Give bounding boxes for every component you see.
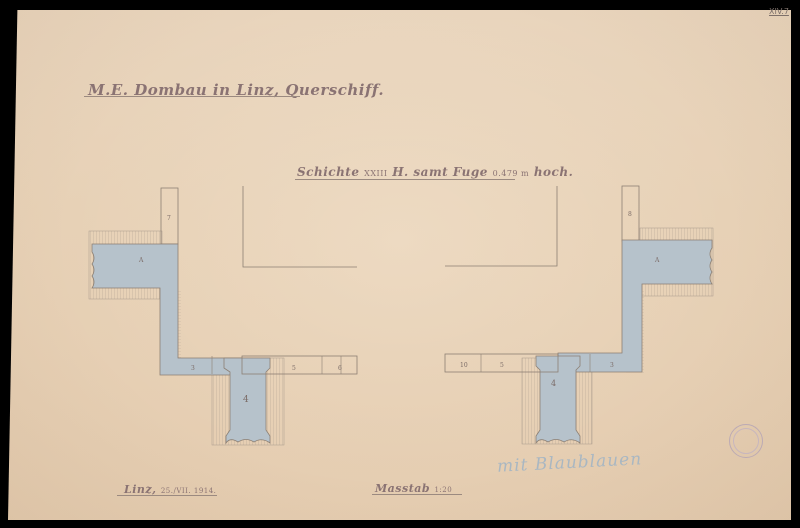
stone-label-7: 7	[167, 215, 171, 222]
svg-text:4: 4	[243, 395, 249, 405]
drawing-subtitle: Schichte XXIII H. samt Fuge 0.479 m hoch…	[297, 165, 573, 179]
scale-underline	[372, 494, 462, 495]
subtitle-course: XXIII	[364, 169, 387, 178]
central-frame	[243, 186, 557, 267]
catalog-number: XIV.7	[769, 7, 789, 16]
subtitle-prefix: Schichte	[297, 165, 359, 179]
scale-value: 1:20	[434, 486, 452, 494]
subtitle-height: 0.479 m	[493, 169, 530, 178]
right-stone-assembly: 8 A 3 4 5 10	[445, 186, 713, 444]
svg-text:A: A	[138, 257, 144, 264]
svg-text:A: A	[654, 257, 660, 264]
svg-text:3: 3	[191, 365, 195, 372]
subtitle-suffix: hoch.	[534, 165, 573, 179]
date: 25./VII. 1914.	[161, 487, 217, 495]
svg-text:5: 5	[292, 365, 296, 372]
archive-stamp-icon	[729, 424, 763, 458]
document-page: 7 A 3 4 5 6 8 A 3 4 5	[0, 0, 800, 528]
svg-text:8: 8	[628, 211, 632, 218]
title-underline	[84, 96, 300, 97]
svg-text:6: 6	[338, 365, 342, 372]
svg-text:3: 3	[610, 362, 614, 369]
place-date-underline	[117, 495, 217, 496]
svg-text:10: 10	[460, 362, 468, 369]
architectural-plan: 7 A 3 4 5 6 8 A 3 4 5	[0, 0, 800, 528]
subtitle-underline	[295, 179, 515, 180]
svg-text:4: 4	[551, 379, 556, 388]
svg-text:5: 5	[500, 362, 504, 369]
left-stone-assembly: 7 A 3 4 5 6	[89, 188, 357, 445]
subtitle-middle: H. samt Fuge	[392, 165, 488, 179]
